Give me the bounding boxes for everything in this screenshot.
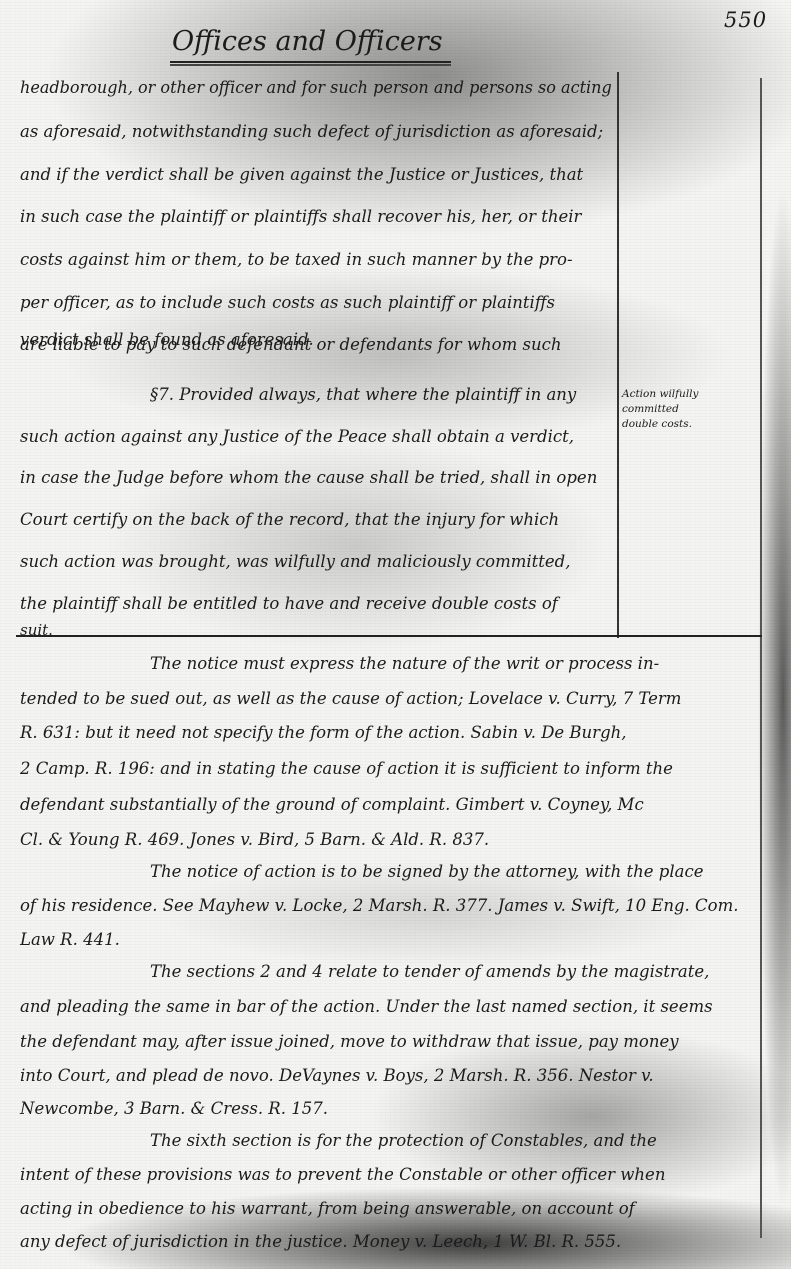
text-line: Newcombe, 3 Barn. & Cress. R. 157. (20, 1099, 328, 1119)
text-line: in such case the plaintiff or plaintiffs… (20, 207, 581, 227)
text-line: the defendant may, after issue joined, m… (20, 1032, 679, 1052)
text-line: Cl. & Young R. 469. Jones v. Bird, 5 Bar… (20, 830, 489, 850)
text-line: tended to be sued out, as well as the ca… (20, 689, 681, 709)
page-title: Offices and Officers (172, 26, 443, 61)
text-line: R. 631: but it need not specify the form… (20, 723, 627, 743)
text-line: The notice must express the nature of th… (150, 654, 659, 674)
page-number: 550 (724, 8, 767, 32)
text-line: per officer, as to include such costs as… (20, 293, 555, 313)
text-line: and pleading the same in bar of the acti… (20, 997, 713, 1017)
section-heading-line: §7. Provided always, that where the plai… (150, 385, 576, 405)
text-line: 2 Camp. R. 196: and in stating the cause… (20, 759, 673, 779)
text-line: Law R. 441. (20, 930, 120, 950)
text-line: The sixth section is for the protection … (150, 1131, 657, 1151)
margin-note-line: double costs. (622, 417, 758, 432)
margin-divider-line (617, 72, 619, 638)
text-line: and if the verdict shall be given agains… (20, 165, 583, 185)
text-line: intent of these provisions was to preven… (20, 1165, 665, 1185)
text-line: any defect of jurisdiction in the justic… (20, 1232, 621, 1252)
margin-note: Action wilfully committed double costs. (622, 387, 758, 432)
text-line: headborough, or other officer and for su… (20, 78, 612, 98)
text-line: suit. (20, 620, 53, 640)
text-line: costs against him or them, to be taxed i… (20, 250, 573, 270)
text-line: verdict shall be found as aforesaid. (20, 330, 314, 350)
text-line: Court certify on the back of the record,… (20, 510, 559, 530)
text-line: defendant substantially of the ground of… (20, 795, 644, 815)
text-line: into Court, and plead de novo. DeVaynes … (20, 1066, 654, 1086)
text-line: The notice of action is to be signed by … (150, 862, 704, 882)
text-line: of his residence. See Mayhew v. Locke, 2… (20, 896, 739, 916)
text-line: The sections 2 and 4 relate to tender of… (150, 962, 709, 982)
section-divider-rule (16, 635, 762, 637)
text-line: such action against any Justice of the P… (20, 427, 574, 447)
text-line: as aforesaid, notwithstanding such defec… (20, 122, 603, 142)
margin-note-line: Action wilfully committed (622, 387, 758, 417)
text-line: such action was brought, was wilfully an… (20, 552, 570, 572)
right-border-line (760, 78, 762, 1238)
text-line: in case the Judge before whom the cause … (20, 468, 597, 488)
text-line: acting in obedience to his warrant, from… (20, 1199, 635, 1219)
text-line: the plaintiff shall be entitled to have … (20, 594, 558, 614)
